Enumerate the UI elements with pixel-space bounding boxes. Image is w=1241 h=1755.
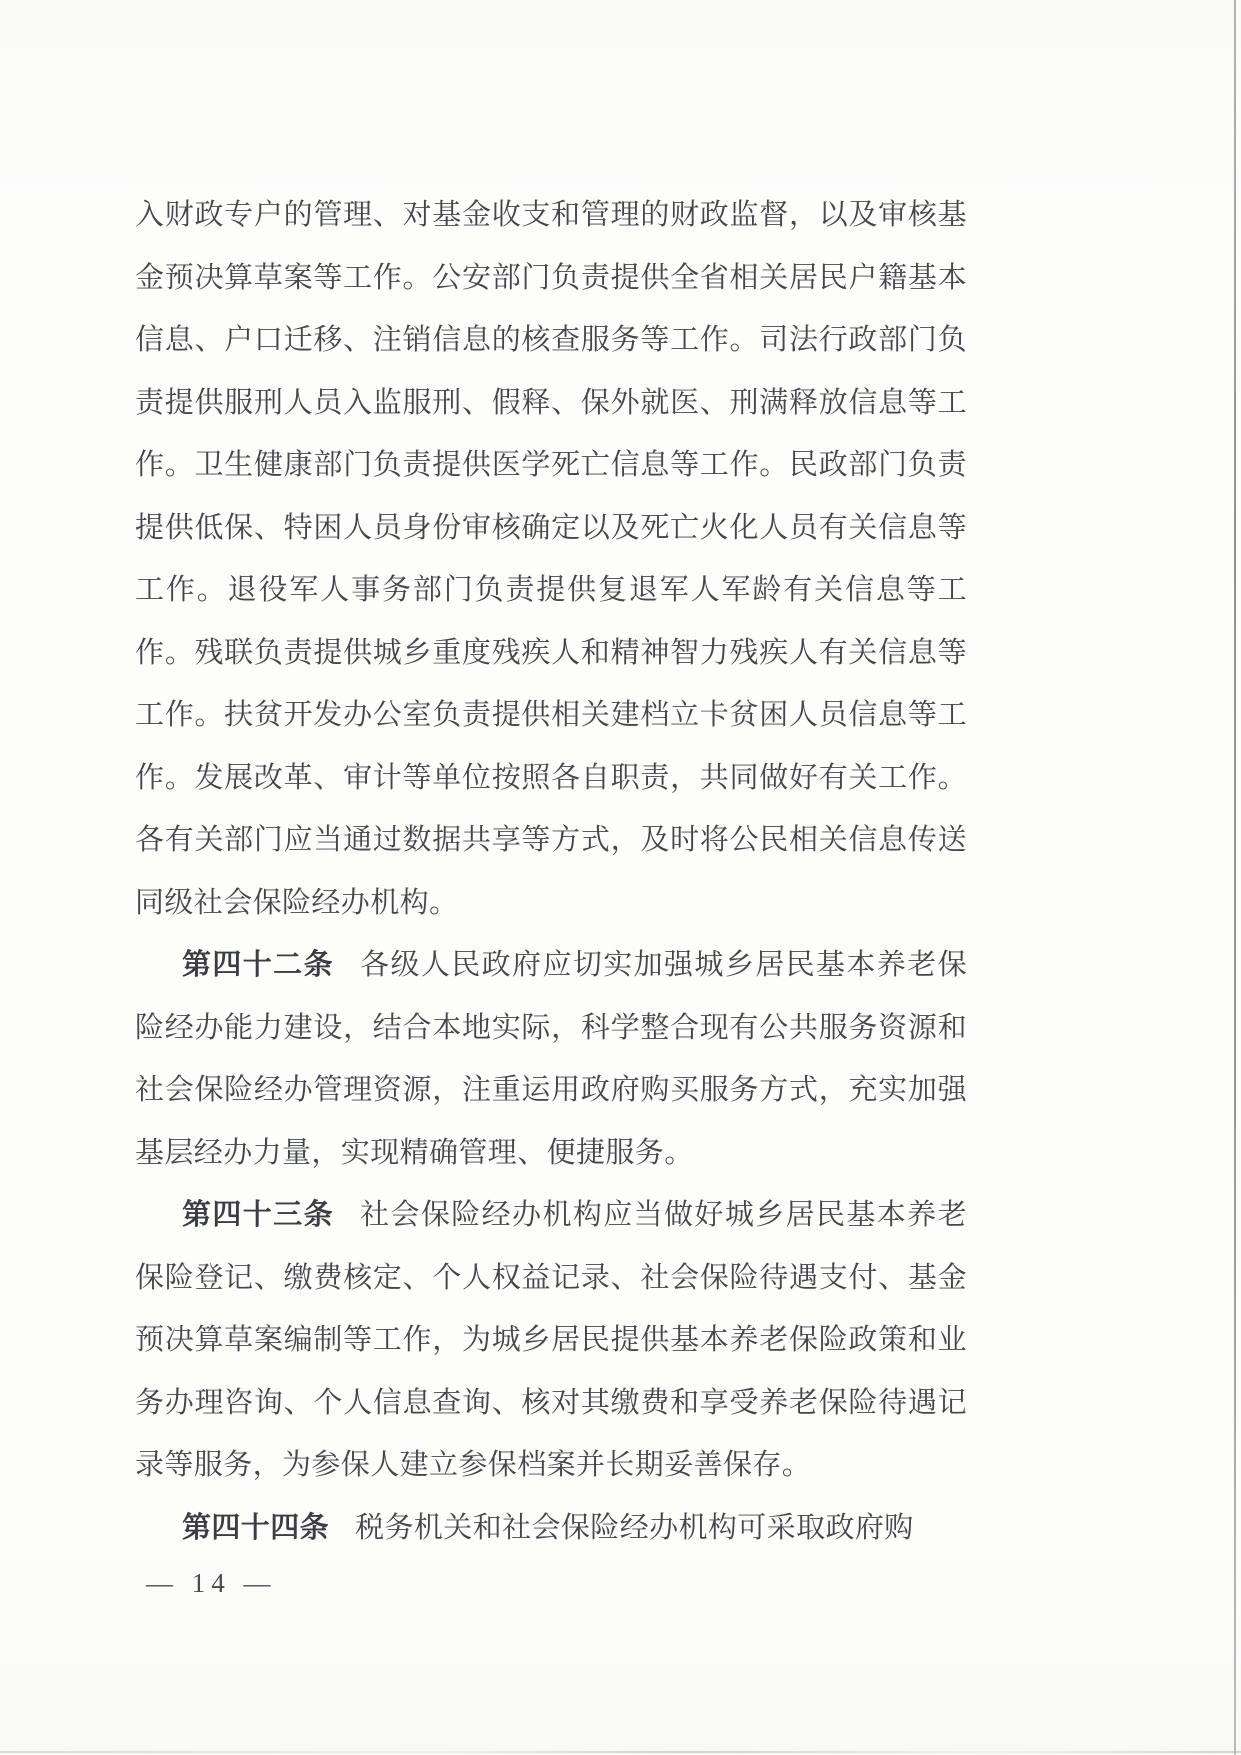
article-44-number: 第四十四条	[182, 1512, 329, 1544]
document-page: 入财政专户的管理、对基金收支和管理的财政监督，以及审核基金预决算草案等工作。公安…	[0, 0, 1241, 1755]
page-number: — 14 —	[146, 1552, 346, 1614]
article-42: 第四十二条各级人民政府应切实加强城乡居民基本养老保险经办能力建设，结合本地实际，…	[135, 934, 967, 1184]
article-42-body: 各级人民政府应切实加强城乡居民基本养老保险经办能力建设，结合本地实际，科学整合现…	[135, 949, 967, 1169]
scan-edge-vertical-line	[1234, 0, 1236, 1755]
body-text: 入财政专户的管理、对基金收支和管理的财政监督，以及审核基金预决算草案等工作。公安…	[135, 184, 967, 1559]
article-44-body: 税务机关和社会保险经办机构可采取政府购	[355, 1512, 914, 1544]
scan-edge-bottom-line	[0, 1751, 1241, 1753]
article-42-number: 第四十二条	[182, 949, 334, 981]
article-43-body: 社会保险经办机构应当做好城乡居民基本养老保险登记、缴费核定、个人权益记录、社会保…	[135, 1199, 967, 1481]
article-43: 第四十三条社会保险经办机构应当做好城乡居民基本养老保险登记、缴费核定、个人权益记…	[135, 1184, 967, 1497]
article-44: 第四十四条税务机关和社会保险经办机构可采取政府购	[135, 1497, 967, 1560]
paragraph-continuation: 入财政专户的管理、对基金收支和管理的财政监督，以及审核基金预决算草案等工作。公安…	[135, 184, 967, 934]
article-43-number: 第四十三条	[182, 1199, 334, 1231]
